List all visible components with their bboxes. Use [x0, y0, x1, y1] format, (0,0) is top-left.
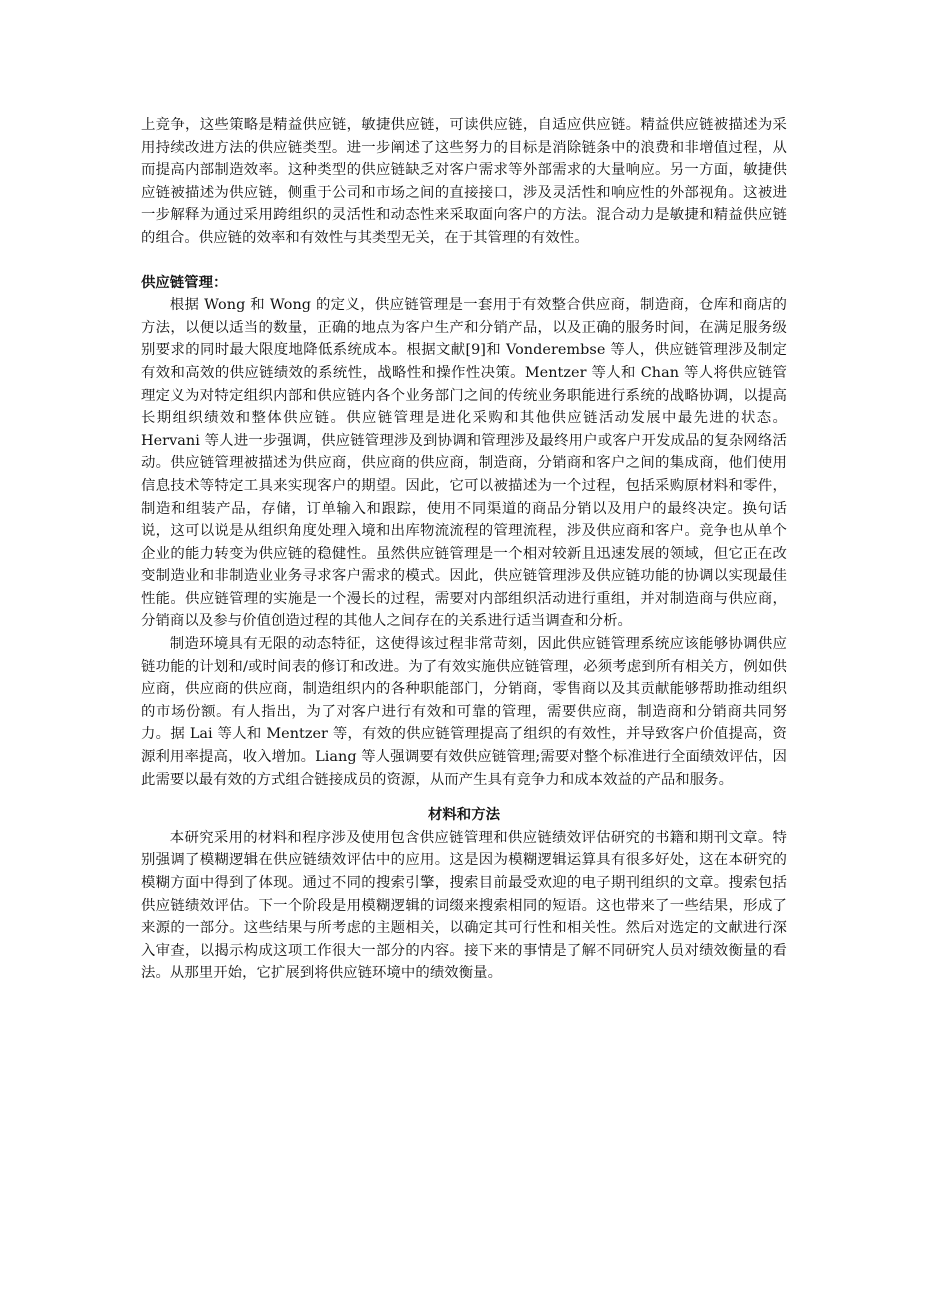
section-heading-supply-chain-management: 供应链管理：: [141, 272, 787, 295]
paragraph-materials-and-methods: 本研究采用的材料和程序涉及使用包含供应链管理和供应链绩效评估研究的书籍和期刊文章…: [141, 827, 787, 985]
paragraph-scm-manufacturing-environment: 制造环境具有无限的动态特征，这使得该过程非常苛刻，因此供应链管理系统应该能够协调…: [141, 633, 787, 791]
intro-paragraph: 上竞争，这些策略是精益供应链，敏捷供应链，可读供应链，自适应供应链。精益供应链被…: [141, 114, 787, 250]
paragraph-scm-definition: 根据 Wong 和 Wong 的定义，供应链管理是一套用于有效整合供应商，制造商…: [141, 294, 787, 633]
document-page: 上竞争，这些策略是精益供应链，敏捷供应链，可读供应链，自适应供应链。精益供应链被…: [141, 114, 787, 985]
section-heading-materials-and-methods: 材料和方法: [141, 804, 787, 827]
